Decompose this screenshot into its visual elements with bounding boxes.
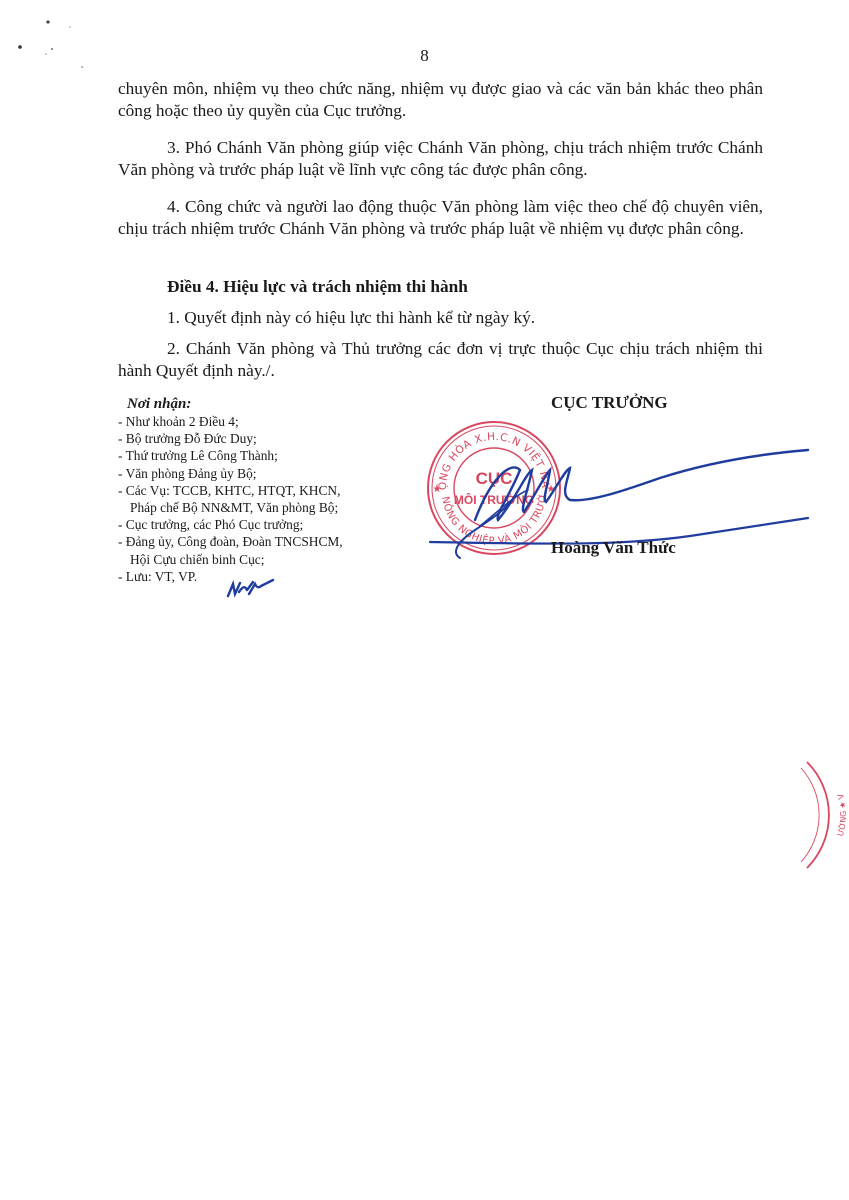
svg-text:ƯỜNG ★ V: ƯỜNG ★ V [836, 792, 848, 837]
article-4-item-1-text: 1. Quyết định này có hiệu lực thi hành k… [118, 307, 763, 329]
item-4-text: 4. Công chức và người lao động thuộc Văn… [118, 196, 763, 240]
recipients-title: Nơi nhận: [127, 395, 418, 413]
continuation-text: chuyên môn, nhiệm vụ theo chức năng, nhi… [118, 78, 763, 122]
recipient-item: - Như khoản 2 Điều 4; [118, 413, 418, 430]
page-number: 8 [0, 46, 849, 66]
recipient-item: - Thứ trưởng Lê Công Thành; [118, 447, 418, 464]
recipient-item: - Đảng ủy, Công đoàn, Đoàn TNCSHCM, [118, 533, 418, 550]
article-4-item-2-text: 2. Chánh Văn phòng và Thủ trưởng các đơn… [118, 338, 763, 382]
signer-name: Hoàng Văn Thức [551, 538, 676, 558]
recipients-block: Nơi nhận: - Như khoản 2 Điều 4; - Bộ trư… [118, 395, 418, 585]
signer-title: CỤC TRƯỞNG [551, 393, 668, 413]
item-3-text: 3. Phó Chánh Văn phòng giúp việc Chánh V… [118, 137, 763, 181]
edge-seal-fragment: ƯỜNG ★ V [785, 760, 849, 870]
recipient-item: - Các Vụ: TCCB, KHTC, HTQT, KHCN, [118, 482, 418, 499]
recipient-item: - Cục trưởng, các Phó Cục trưởng; [118, 516, 418, 533]
article-4-item-1: 1. Quyết định này có hiệu lực thi hành k… [118, 307, 763, 329]
edge-seal-text: ƯỜNG ★ V [836, 792, 848, 837]
continuation-paragraph: chuyên môn, nhiệm vụ theo chức năng, nhi… [118, 78, 763, 122]
item-4-paragraph: 4. Công chức và người lao động thuộc Văn… [118, 196, 763, 240]
recipient-item-continued: Pháp chế Bộ NN&MT, Văn phòng Bộ; [118, 499, 418, 516]
article-4-heading: Điều 4. Hiệu lực và trách nhiệm thi hành [118, 276, 763, 298]
article-4-item-2: 2. Chánh Văn phòng và Thủ trưởng các đơn… [118, 338, 763, 382]
recipient-item-continued: Hội Cựu chiến binh Cục; [118, 551, 418, 568]
item-3-paragraph: 3. Phó Chánh Văn phòng giúp việc Chánh V… [118, 137, 763, 181]
initials-scribble [225, 578, 275, 600]
recipient-item: - Văn phòng Đảng ủy Bộ; [118, 465, 418, 482]
scan-specks [0, 0, 120, 80]
recipient-item: - Bộ trưởng Đỗ Đức Duy; [118, 430, 418, 447]
